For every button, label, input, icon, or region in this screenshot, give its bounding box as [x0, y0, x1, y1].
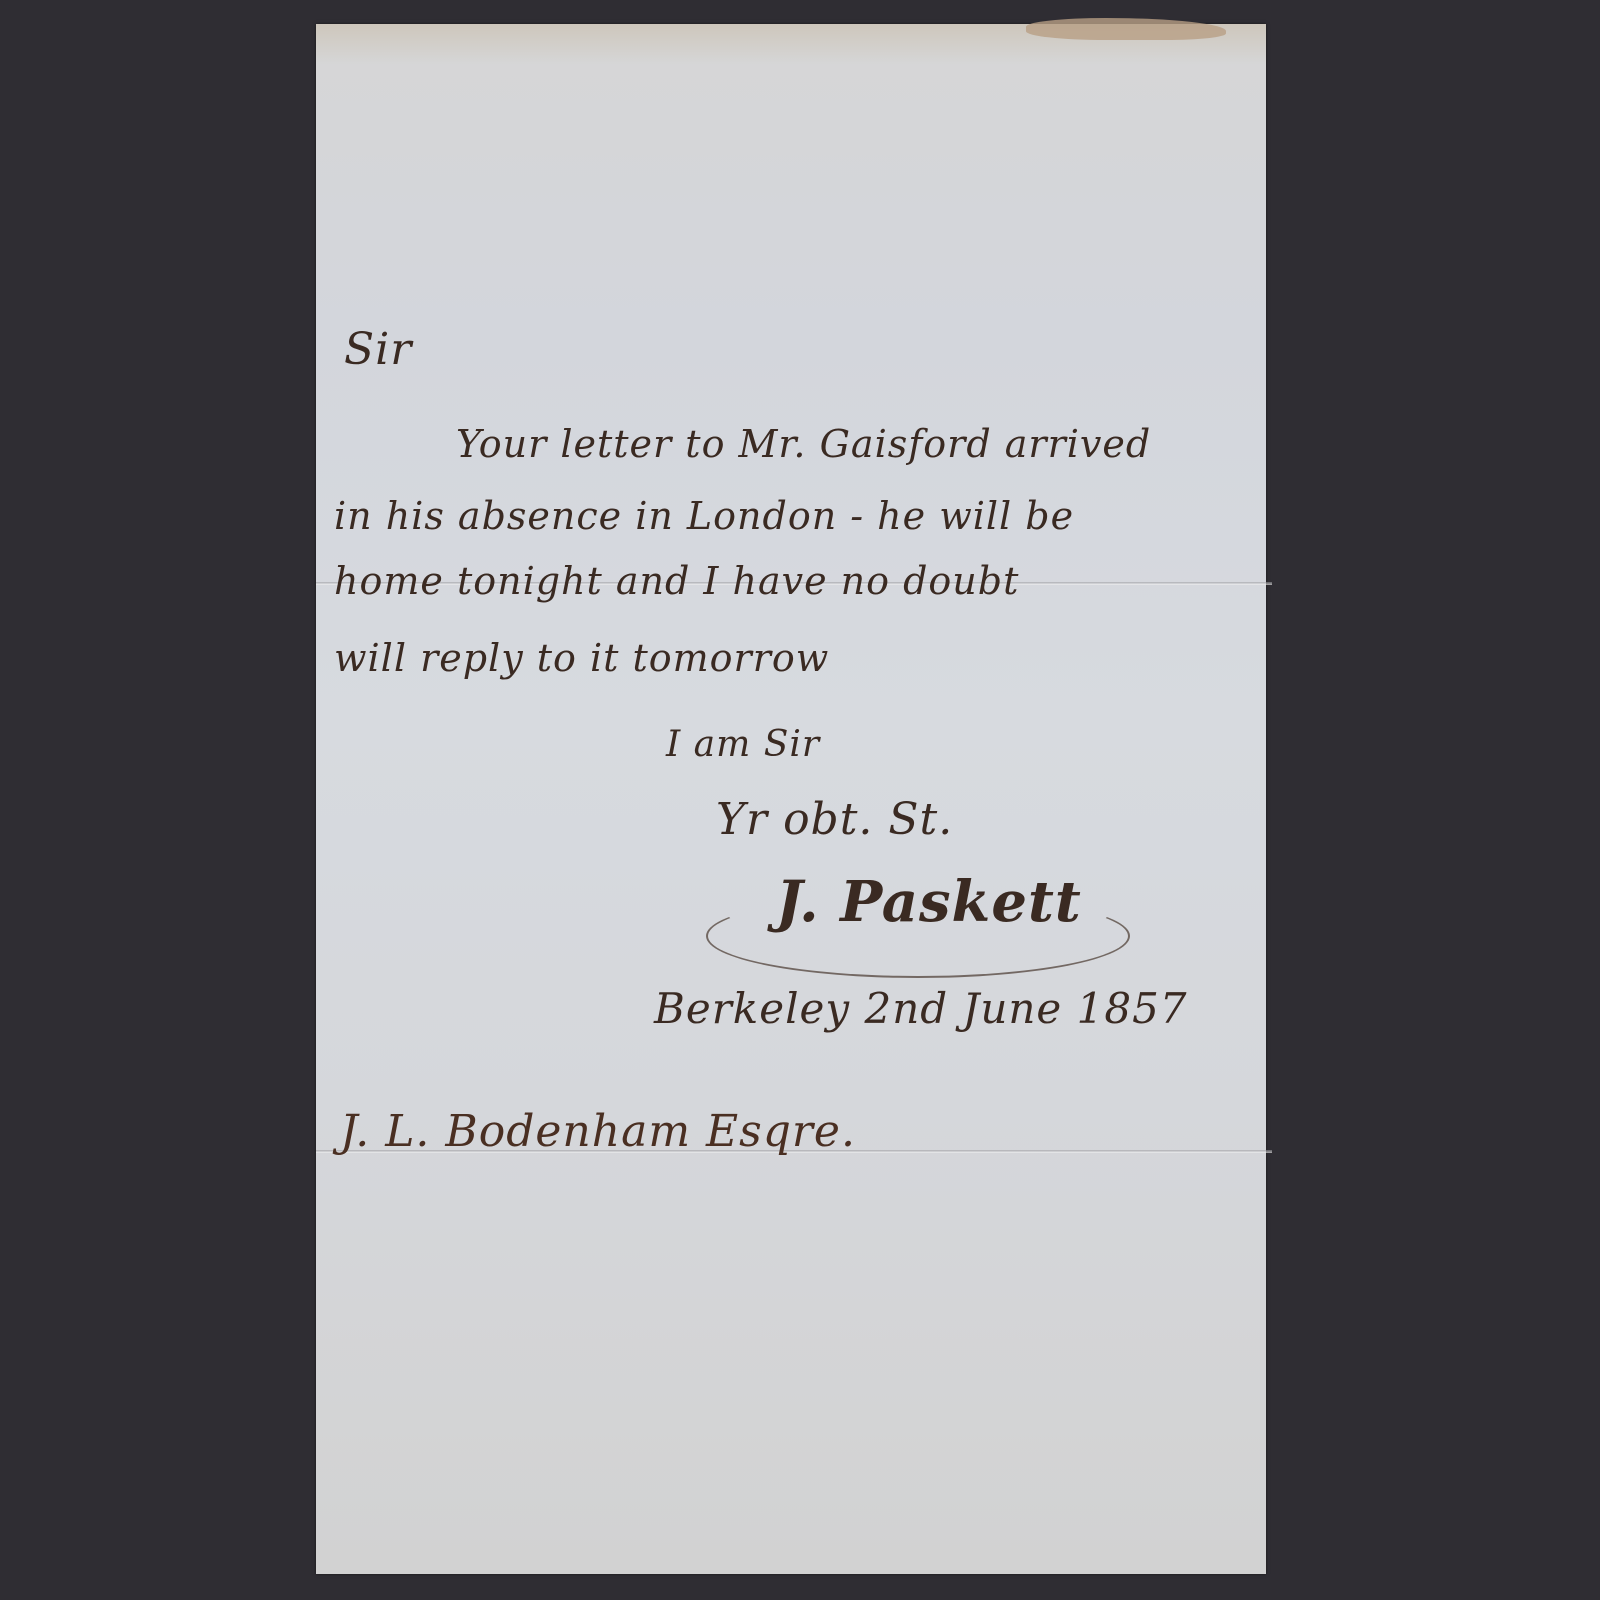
body-line: Your letter to Mr. Gaisford arrived [456, 422, 1151, 466]
salutation: Sir [344, 324, 412, 375]
body-line: will reply to it tomorrow [334, 636, 829, 680]
paper-stain [1026, 18, 1226, 40]
addressee: J. L. Bodenham Esqre. [340, 1106, 856, 1157]
place-date: Berkeley 2nd June 1857 [654, 984, 1188, 1033]
closing-line: Yr obt. St. [716, 794, 953, 845]
body-line: home tonight and I have no doubt [334, 559, 1019, 603]
closing-line: I am Sir [666, 724, 820, 765]
letter-paper: Sir Your letter to Mr. Gaisford arrived … [316, 24, 1266, 1574]
signature: J. Paskett [776, 869, 1082, 935]
body-line: in his absence in London - he will be [334, 494, 1074, 538]
